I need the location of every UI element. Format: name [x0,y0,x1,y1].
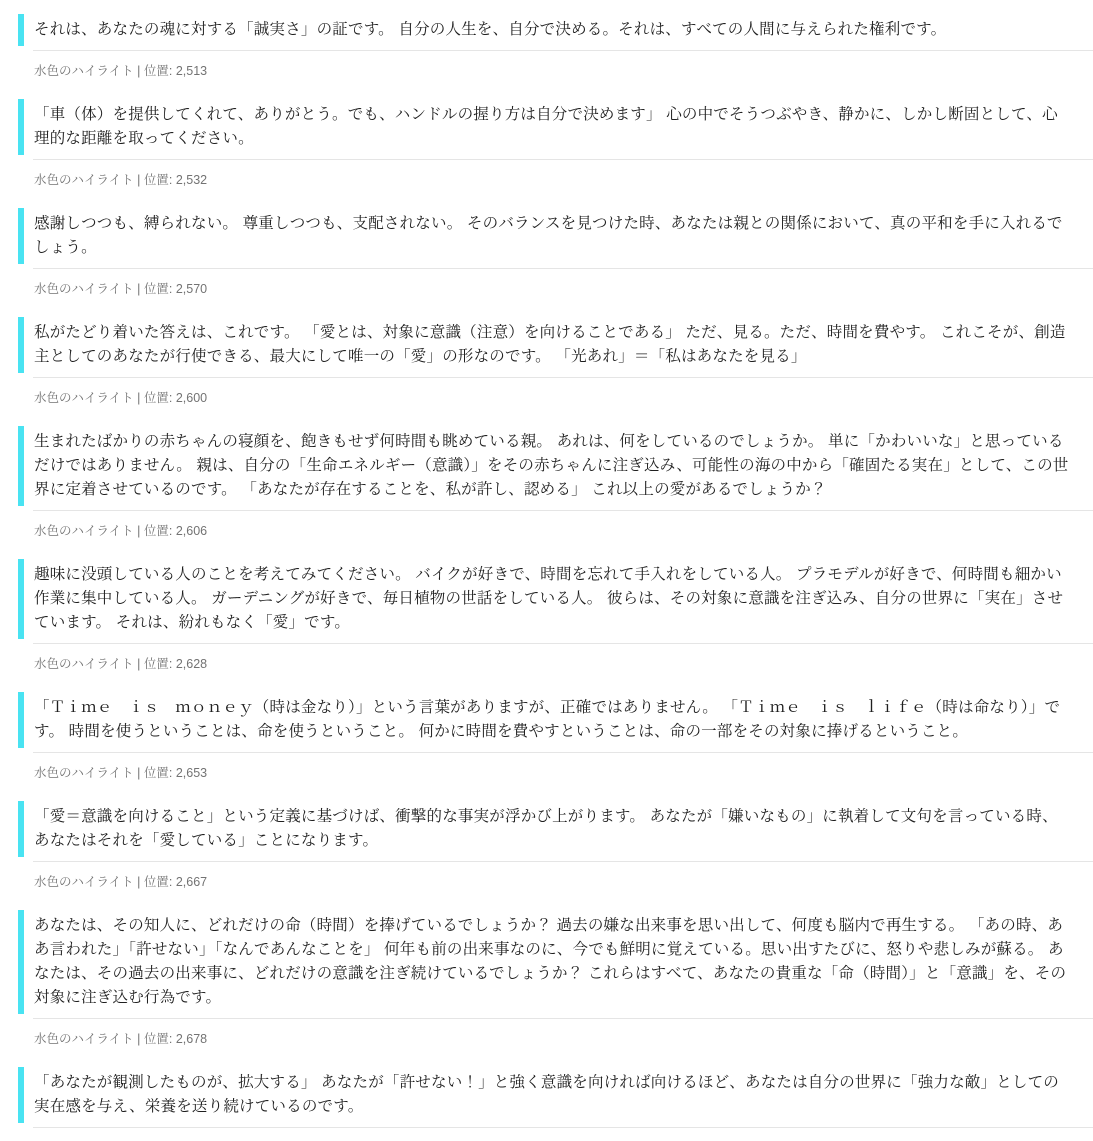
highlight-type-label: 水色のハイライト [34,173,134,187]
highlight-meta: 水色のハイライト | 位置: 2,667 [34,875,1093,889]
position-label: 位置: [144,173,172,187]
position-value: 2,678 [176,1032,207,1046]
divider [33,50,1093,51]
divider [33,377,1093,378]
highlight-meta: 水色のハイライト | 位置: 2,628 [34,657,1093,671]
highlight-item: あなたは、その知人に、どれだけの命（時間）を捧げているでしょうか？ 過去の嫌な出… [0,910,1093,1046]
highlight-item: 趣味に没頭している人のことを考えてみてください。 バイクが好きで、時間を忘れて手… [0,559,1093,671]
position-value: 2,606 [176,524,207,538]
position-value: 2,667 [176,875,207,889]
highlight-meta: 水色のハイライト | 位置: 2,653 [34,766,1093,780]
position-value: 2,600 [176,391,207,405]
divider [33,510,1093,511]
highlight-meta: 水色のハイライト | 位置: 2,606 [34,524,1093,538]
highlight-meta: 水色のハイライト | 位置: 2,570 [34,282,1093,296]
highlight-meta: 水色のハイライト | 位置: 2,513 [34,64,1093,78]
highlight-type-label: 水色のハイライト [34,282,134,296]
highlight-type-label: 水色のハイライト [34,657,134,671]
position-value: 2,653 [176,766,207,780]
position-label: 位置: [144,524,172,538]
highlight-item: 「愛＝意識を向けること」という定義に基づけば、衝撃的な事実が浮かび上がります。 … [0,801,1093,889]
highlight-quote: 「Ｔｉｍｅ ｉｓ ｍｏｎｅｙ（時は金なり）」という言葉がありますが、正確ではあり… [18,692,1073,748]
highlight-item: 生まれたばかりの赤ちゃんの寝顔を、飽きもせず何時間も眺めている親。 あれは、何を… [0,426,1093,538]
position-label: 位置: [144,282,172,296]
highlight-quote: 生まれたばかりの赤ちゃんの寝顔を、飽きもせず何時間も眺めている親。 あれは、何を… [18,426,1073,506]
highlights-list: それは、あなたの魂に対する「誠実さ」の証です。 自分の人生を、自分で決める。それ… [0,0,1093,1128]
highlight-item: 私がたどり着いた答えは、これです。 「愛とは、対象に意識（注意）を向けることであ… [0,317,1093,405]
highlight-type-label: 水色のハイライト [34,766,134,780]
divider [33,1127,1093,1128]
divider [33,752,1093,753]
highlight-quote: 「あなたが観測したものが、拡大する」 あなたが「許せない！」と強く意識を向ければ… [18,1067,1073,1123]
highlight-quote: 私がたどり着いた答えは、これです。 「愛とは、対象に意識（注意）を向けることであ… [18,317,1073,373]
position-value: 2,570 [176,282,207,296]
highlight-meta: 水色のハイライト | 位置: 2,532 [34,173,1093,187]
meta-separator: | [137,657,140,671]
highlight-quote: 感謝しつつも、縛られない。 尊重しつつも、支配されない。 そのバランスを見つけた… [18,208,1073,264]
highlight-quote: 「愛＝意識を向けること」という定義に基づけば、衝撃的な事実が浮かび上がります。 … [18,801,1073,857]
position-label: 位置: [144,391,172,405]
position-label: 位置: [144,657,172,671]
highlight-item: 「Ｔｉｍｅ ｉｓ ｍｏｎｅｙ（時は金なり）」という言葉がありますが、正確ではあり… [0,692,1093,780]
divider [33,159,1093,160]
highlight-type-label: 水色のハイライト [34,1032,134,1046]
meta-separator: | [137,173,140,187]
highlight-type-label: 水色のハイライト [34,875,134,889]
highlight-type-label: 水色のハイライト [34,391,134,405]
divider [33,1018,1093,1019]
meta-separator: | [137,64,140,78]
position-value: 2,513 [176,64,207,78]
highlight-quote: あなたは、その知人に、どれだけの命（時間）を捧げているでしょうか？ 過去の嫌な出… [18,910,1073,1014]
highlight-item: 「あなたが観測したものが、拡大する」 あなたが「許せない！」と強く意識を向ければ… [0,1067,1093,1128]
highlight-item: 感謝しつつも、縛られない。 尊重しつつも、支配されない。 そのバランスを見つけた… [0,208,1093,296]
highlight-type-label: 水色のハイライト [34,524,134,538]
highlight-type-label: 水色のハイライト [34,64,134,78]
divider [33,861,1093,862]
meta-separator: | [137,875,140,889]
highlight-meta: 水色のハイライト | 位置: 2,600 [34,391,1093,405]
divider [33,268,1093,269]
highlight-quote: 趣味に没頭している人のことを考えてみてください。 バイクが好きで、時間を忘れて手… [18,559,1073,639]
highlight-meta: 水色のハイライト | 位置: 2,678 [34,1032,1093,1046]
meta-separator: | [137,1032,140,1046]
highlight-quote: 「車（体）を提供してくれて、ありがとう。でも、ハンドルの握り方は自分で決めます」… [18,99,1073,155]
position-label: 位置: [144,1032,172,1046]
divider [33,643,1093,644]
position-value: 2,628 [176,657,207,671]
highlight-item: それは、あなたの魂に対する「誠実さ」の証です。 自分の人生を、自分で決める。それ… [0,14,1093,78]
highlight-item: 「車（体）を提供してくれて、ありがとう。でも、ハンドルの握り方は自分で決めます」… [0,99,1093,187]
meta-separator: | [137,391,140,405]
position-value: 2,532 [176,173,207,187]
position-label: 位置: [144,766,172,780]
meta-separator: | [137,524,140,538]
meta-separator: | [137,282,140,296]
highlight-quote: それは、あなたの魂に対する「誠実さ」の証です。 自分の人生を、自分で決める。それ… [18,14,1073,46]
position-label: 位置: [144,875,172,889]
position-label: 位置: [144,64,172,78]
meta-separator: | [137,766,140,780]
